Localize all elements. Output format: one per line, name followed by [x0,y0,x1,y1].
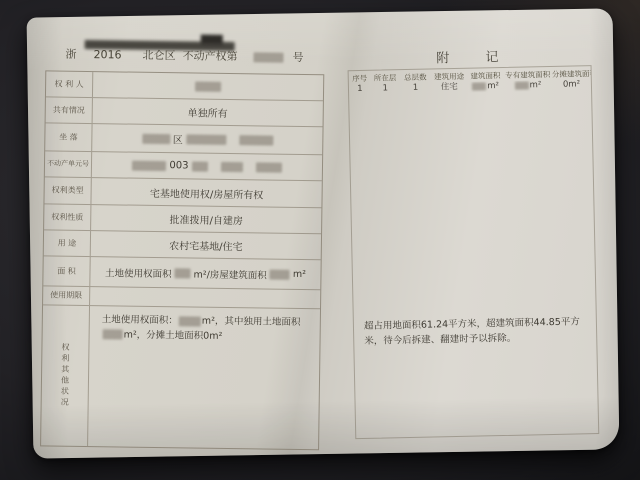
redaction-block [270,269,290,279]
redaction-block [220,161,242,171]
row-label: 坐 落 [45,123,92,151]
row-value: 单独所有 [93,98,323,126]
row-value-empty [90,287,320,308]
property-table: 权 利 人 共有情况 单独所有 坐 落 区 不动产单元号 003 [40,70,324,450]
row-label-text: 面 积 [57,267,76,276]
row-other-status: 权利其他状况 土地使用权面积：m²，其中独用土地面积m²，分摊土地面积0m² [41,305,320,449]
redaction-block [175,268,191,278]
redaction-block [195,81,221,91]
table-cell: 1 [400,82,432,94]
redaction-block [515,81,529,89]
row-right-nature: 权利性质 批准拨用/自建房 [44,204,321,234]
cert-label: 不动产权第 [182,49,237,63]
row-value-text: m²，其中独用土地面积 [202,316,301,328]
redaction-block [255,162,281,172]
row-label-text: 权 利 人 [55,79,84,89]
row-co-ownership: 共有情况 单独所有 [46,97,323,127]
row-label-text: 权利类型 [52,186,84,196]
row-label: 共有情况 [46,97,93,123]
row-value-text: 区 [173,131,183,146]
row-value: 宅基地使用权/房屋所有权 [91,178,321,207]
table-cell: m² [467,81,504,93]
column-header: 建筑用途 [431,71,468,83]
table-cell: 1 [371,83,400,95]
row-label-text: 共有情况 [53,105,85,115]
table-cell-text: m² [487,81,499,91]
row-label-text: 坐 落 [59,133,78,142]
redaction-block [103,329,123,339]
cert-district: 北仑区 [142,49,175,62]
table-cell-text: m² [530,80,542,90]
cert-year: 2016 [93,48,121,61]
row-value-text: 宅基地使用权/房屋所有权 [150,184,264,201]
row-label-text: 权利其他状况 [60,343,70,409]
row-label: 用 途 [44,230,91,256]
row-location: 坐 落 区 [45,123,322,155]
redaction-block [201,35,223,45]
row-value-text: 农村宅基地/住宅 [169,237,243,253]
left-page: 浙2016北仑区不动产权第号 权 利 人 共有情况 单独所有 坐 落 区 [27,13,329,458]
certificate-booklet: 浙2016北仑区不动产权第号 权 利 人 共有情况 单独所有 坐 落 区 [27,8,620,458]
row-label: 权利类型 [44,177,91,204]
table-cell: m² [504,80,553,92]
row-label-text: 权利性质 [51,212,83,222]
redaction-block [186,134,226,145]
redaction-block [239,135,273,145]
row-value: 土地使用权面积m²/房屋建筑面积m² [90,257,320,289]
row-value-text: 003 [169,160,188,171]
row-value-text: m²，分摊土地面积0m² [124,329,223,341]
cert-suffix: 号 [292,51,303,64]
row-value-text: 土地使用权面积： [102,314,178,326]
row-value [93,72,323,100]
row-value-text: m²/房屋建筑面积 [193,266,266,281]
redaction-block [191,161,207,171]
redaction-block [253,52,283,62]
row-value: 土地使用权面积：m²，其中独用土地面积m²，分摊土地面积0m² [88,306,320,449]
row-label-text: 用 途 [58,239,77,248]
row-label-text: 不动产单元号 [47,160,89,169]
table-cell: 1 [349,84,371,95]
table-cell: 0m² [552,79,591,91]
row-usage: 用 途 农村宅基地/住宅 [44,230,321,260]
row-label: 权利性质 [44,204,91,230]
column-header: 序号 [349,73,371,84]
redaction-block [132,160,166,170]
row-value: 003 [92,152,322,180]
redaction-block [179,316,201,326]
row-label: 权利其他状况 [41,305,90,446]
certificate-number-line: 浙2016北仑区不动产权第号 [52,46,318,66]
column-header: 分摊建筑面积 [552,68,591,80]
attic-note: 超占用地面积61.24平方米，超建筑面积44.85平方米，待今后拆建、翻建时予以… [364,314,589,349]
attic-table: 序号 所在层 总层数 建筑用途 建筑面积 专有建筑面积 分摊建筑面积 1 1 1… [349,68,591,95]
row-label-text: 使用期限 [50,291,82,301]
row-label: 权 利 人 [46,71,93,97]
redaction-block [472,82,486,90]
row-value-text: 土地使用权面积 [105,265,172,280]
row-label: 不动产单元号 [45,151,92,177]
column-header: 建筑面积 [467,70,504,82]
right-page: 附 记 序号 所在层 总层数 建筑用途 建筑面积 专有建筑面积 分摊建筑面积 1… [321,8,620,455]
row-unit-number: 不动产单元号 003 [45,151,322,181]
photo-background: 浙2016北仑区不动产权第号 权 利 人 共有情况 单独所有 坐 落 区 [0,0,640,480]
row-label: 使用期限 [43,286,90,305]
row-area: 面 积 土地使用权面积m²/房屋建筑面积m² [43,256,320,290]
table-cell: 住宅 [431,82,468,94]
row-value: 区 [92,124,322,154]
redaction-block [142,133,170,143]
row-value-text: 批准拨用/自建房 [169,211,243,227]
row-value-text: 单独所有 [188,104,228,120]
row-right-type: 权利类型 宅基地使用权/房屋所有权 [44,177,321,208]
row-value: 批准拨用/自建房 [91,205,321,233]
row-right-holder: 权 利 人 [46,71,323,101]
row-value-text: m² [293,269,306,280]
cert-province: 浙 [65,48,76,61]
row-label: 面 积 [43,256,90,286]
row-value: 农村宅基地/住宅 [91,231,321,259]
column-header: 所在层 [370,72,399,84]
column-header: 总层数 [399,71,431,83]
attic-box: 序号 所在层 总层数 建筑用途 建筑面积 专有建筑面积 分摊建筑面积 1 1 1… [348,65,600,439]
